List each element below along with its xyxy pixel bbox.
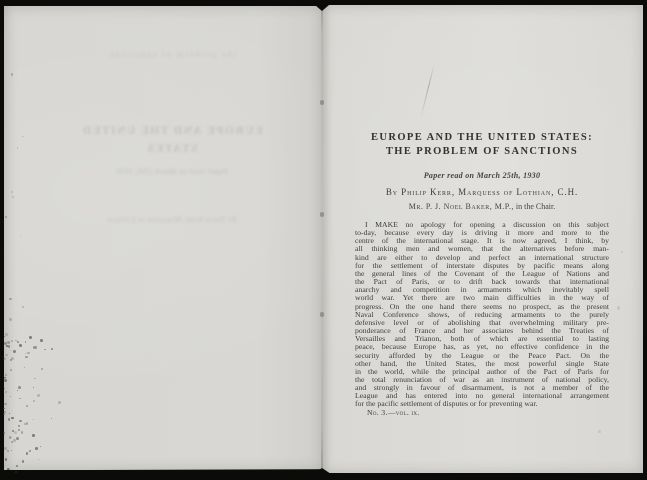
- foxing-speckle: [16, 437, 19, 440]
- foxing-speckle: [15, 471, 17, 473]
- foxing-speckle: [5, 216, 7, 218]
- foxing-speckle: [24, 367, 25, 368]
- foxing-speckle: [4, 403, 7, 406]
- foxing-speckle: [4, 336, 5, 337]
- author-byline: By Philip Kerr, Marquess of Lothian, C.H…: [355, 187, 609, 197]
- foxing-speckle: [4, 379, 7, 382]
- foxing-speckle: [11, 191, 12, 192]
- scanned-book-spread: the problem of sanctions EUROPE AND THE …: [0, 0, 647, 480]
- chair-name: Mr. P. J. Noel Baker, M.P.,: [409, 202, 514, 211]
- showthrough-band: the problem of sanctions: [42, 50, 302, 59]
- foxing-speckle: [5, 374, 7, 376]
- page-content: EUROPE AND THE UNITED STATES: THE PROBLE…: [355, 131, 609, 417]
- left-page: the problem of sanctions EUROPE AND THE …: [4, 6, 322, 470]
- bottom-edge-shadow: [4, 469, 322, 475]
- right-page: EUROPE AND THE UNITED STATES: THE PROBLE…: [322, 5, 643, 473]
- foxing-speckle: [33, 346, 36, 349]
- showthrough-title-line1: EUROPE AND THE UNITED: [42, 125, 302, 137]
- foxing-speckle: [15, 340, 16, 341]
- foxing-speckle: [6, 345, 8, 347]
- foxing-speckle: [20, 236, 21, 237]
- foxing-speckle: [10, 369, 12, 371]
- foxing-speckle: [19, 344, 22, 347]
- foxing-speckle: [21, 431, 23, 433]
- foxing-speckle: [35, 447, 38, 450]
- foxing-speckle: [3, 408, 4, 409]
- foxing-speckle: [11, 73, 13, 75]
- issue-volume-footer: No. 3.—vol. ix.: [355, 409, 609, 417]
- foxing-speckle: [9, 318, 11, 320]
- foxing-speckle: [11, 450, 12, 451]
- foxing-speckle: [37, 394, 40, 397]
- foxing-speckle: [11, 340, 13, 342]
- foxing-speckle: [9, 298, 11, 300]
- foxing-speckle: [17, 390, 18, 391]
- foxing-speckle: [33, 400, 35, 402]
- gutter-mark: [320, 212, 324, 217]
- gutter-line: [321, 5, 323, 473]
- foxing-speckle: [591, 301, 593, 303]
- foxing-speckle: [11, 417, 14, 420]
- showthrough-title-line2: STATES: [42, 143, 302, 155]
- gutter-top-notch: [315, 5, 329, 11]
- chair-line: Mr. P. J. Noel Baker, M.P., in the Chair…: [355, 202, 609, 211]
- chair-rest: in the Chair.: [514, 202, 555, 211]
- showthrough-text: the problem of sanctions EUROPE AND THE …: [4, 6, 322, 470]
- foxing-speckle: [14, 431, 17, 434]
- gutter-mark: [320, 100, 324, 105]
- foxing-speckle: [586, 348, 588, 350]
- foxing-speckle: [13, 439, 16, 442]
- foxing-speckle: [7, 450, 8, 451]
- foxing-speckle: [41, 368, 43, 370]
- foxing-speckle: [22, 460, 24, 462]
- showthrough-subtitle: Paper read on March 25th, 1930: [42, 166, 302, 176]
- foxing-speckle: [10, 396, 11, 397]
- foxing-speckle: [598, 430, 601, 433]
- foxing-speckle: [9, 413, 10, 414]
- body-text: I MAKE no apology for opening a discussi…: [355, 221, 609, 409]
- title-line2: THE PROBLEM OF SANCTIONS: [355, 145, 609, 159]
- foxing-speckle: [11, 441, 13, 443]
- gutter-mark: [320, 312, 324, 317]
- foxing-speckle: [51, 348, 53, 350]
- showthrough-byline: By Philip Kerr, Marquess of Lothian: [42, 215, 302, 224]
- foxing-speckle: [5, 354, 7, 356]
- scratch-mark: [420, 64, 435, 119]
- foxing-speckle: [24, 423, 26, 425]
- foxing-speckle: [38, 459, 39, 460]
- title-line1: EUROPE AND THE UNITED STATES:: [355, 131, 609, 145]
- read-note: Paper read on March 25th, 1930: [355, 171, 609, 180]
- foxing-speckle: [7, 468, 9, 470]
- foxing-speckle: [4, 447, 7, 450]
- foxing-speckle: [16, 465, 17, 466]
- foxing-speckle: [17, 147, 18, 148]
- foxing-speckle: [32, 434, 35, 437]
- foxing-speckle: [22, 136, 23, 137]
- foxing-speckle: [9, 436, 11, 438]
- page-title: EUROPE AND THE UNITED STATES: THE PROBLE…: [355, 131, 609, 158]
- foxing-speckle: [4, 411, 6, 413]
